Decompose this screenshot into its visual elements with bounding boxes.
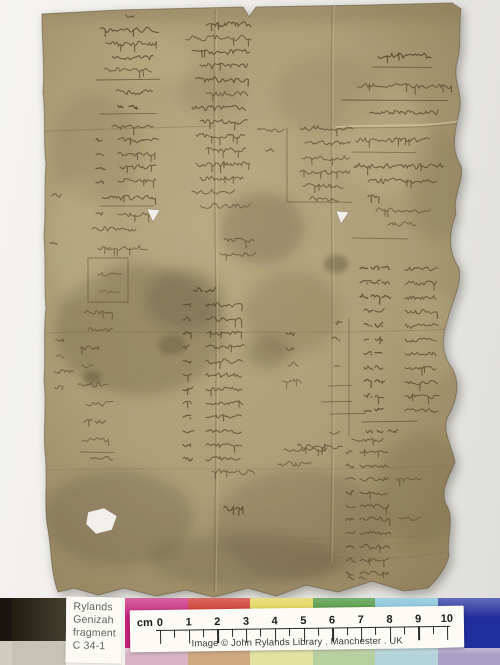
ruler-tick-half (289, 628, 290, 636)
grayscale-patch-light-grey (12, 641, 66, 665)
ruler-tick-cm-3 (246, 629, 248, 643)
ruler-number-5: 5 (300, 615, 306, 627)
ruler-tick-cm-4 (275, 628, 277, 642)
label-line-3: fragment (73, 627, 122, 641)
ruler-number-7: 7 (358, 614, 364, 626)
ruler-number-1: 1 (185, 616, 191, 628)
color-bottom-patch-pale-yellow (250, 648, 313, 665)
color-bottom-patch-lavender (438, 648, 500, 665)
handwriting-stroke (334, 366, 339, 367)
manuscript-fragment (0, 0, 500, 600)
handwriting-stroke (330, 413, 366, 414)
ruler-tick-cm-2 (217, 629, 219, 643)
ruler-tick-cm-9 (418, 626, 420, 640)
ruler-tick-half (433, 626, 434, 634)
ruler-number-8: 8 (386, 614, 392, 626)
ruler-unit-label: cm (137, 617, 153, 629)
cm-ruler: cm Image © John Rylands Library . Manche… (130, 606, 465, 653)
ruler-tick-half (174, 630, 175, 638)
ruler-tick-cm-10 (447, 626, 449, 640)
ruler-tick-cm-1 (189, 629, 191, 643)
ruler-number-0: 0 (157, 617, 163, 629)
ruler-tick-half (232, 629, 233, 637)
ruler-tick-half (203, 629, 204, 637)
reference-label-card: Rylands Genizah fragment C 34-1 (65, 596, 122, 663)
grayscale-patch-dark-olive (12, 598, 66, 641)
ruler-tick-half (347, 627, 348, 635)
ruler-tick-cm-5 (303, 628, 305, 642)
color-bottom-patch-pale-green (313, 648, 376, 665)
ruler-number-4: 4 (272, 615, 278, 627)
ruler-tick-half (404, 626, 405, 634)
grayscale-calibration-block (0, 598, 66, 665)
grayscale-patch-black (0, 598, 12, 641)
ruler-tick-cm-7 (361, 627, 363, 641)
ruler-tick-half (375, 627, 376, 635)
handwriting-stroke (342, 100, 448, 101)
ruler-tick-cm-0 (160, 630, 162, 644)
ruler-number-3: 3 (243, 616, 249, 628)
copyright-credit: Image © John Rylands Library . Mancheste… (130, 635, 464, 651)
color-bottom-patch-pale-blue (375, 648, 438, 665)
grayscale-patch-warm-grey (0, 641, 12, 665)
ruler-number-9: 9 (415, 613, 421, 625)
ruler-number-2: 2 (214, 616, 220, 628)
ruler-tick-half (260, 628, 261, 636)
handwriting-stroke (100, 113, 156, 114)
ruler-tick-half (318, 628, 319, 636)
ruler-tick-cm-8 (390, 627, 392, 641)
ruler-tick-cm-6 (332, 627, 334, 641)
ruler-number-6: 6 (329, 614, 335, 626)
ruler-number-10: 10 (441, 613, 453, 625)
label-line-4: C 34-1 (73, 640, 122, 654)
label-line-2: Genizah (73, 614, 122, 628)
digitised-manuscript-photo: Rylands Genizah fragment C 34-1 cm Image… (0, 0, 500, 665)
label-line-1: Rylands (73, 601, 122, 615)
